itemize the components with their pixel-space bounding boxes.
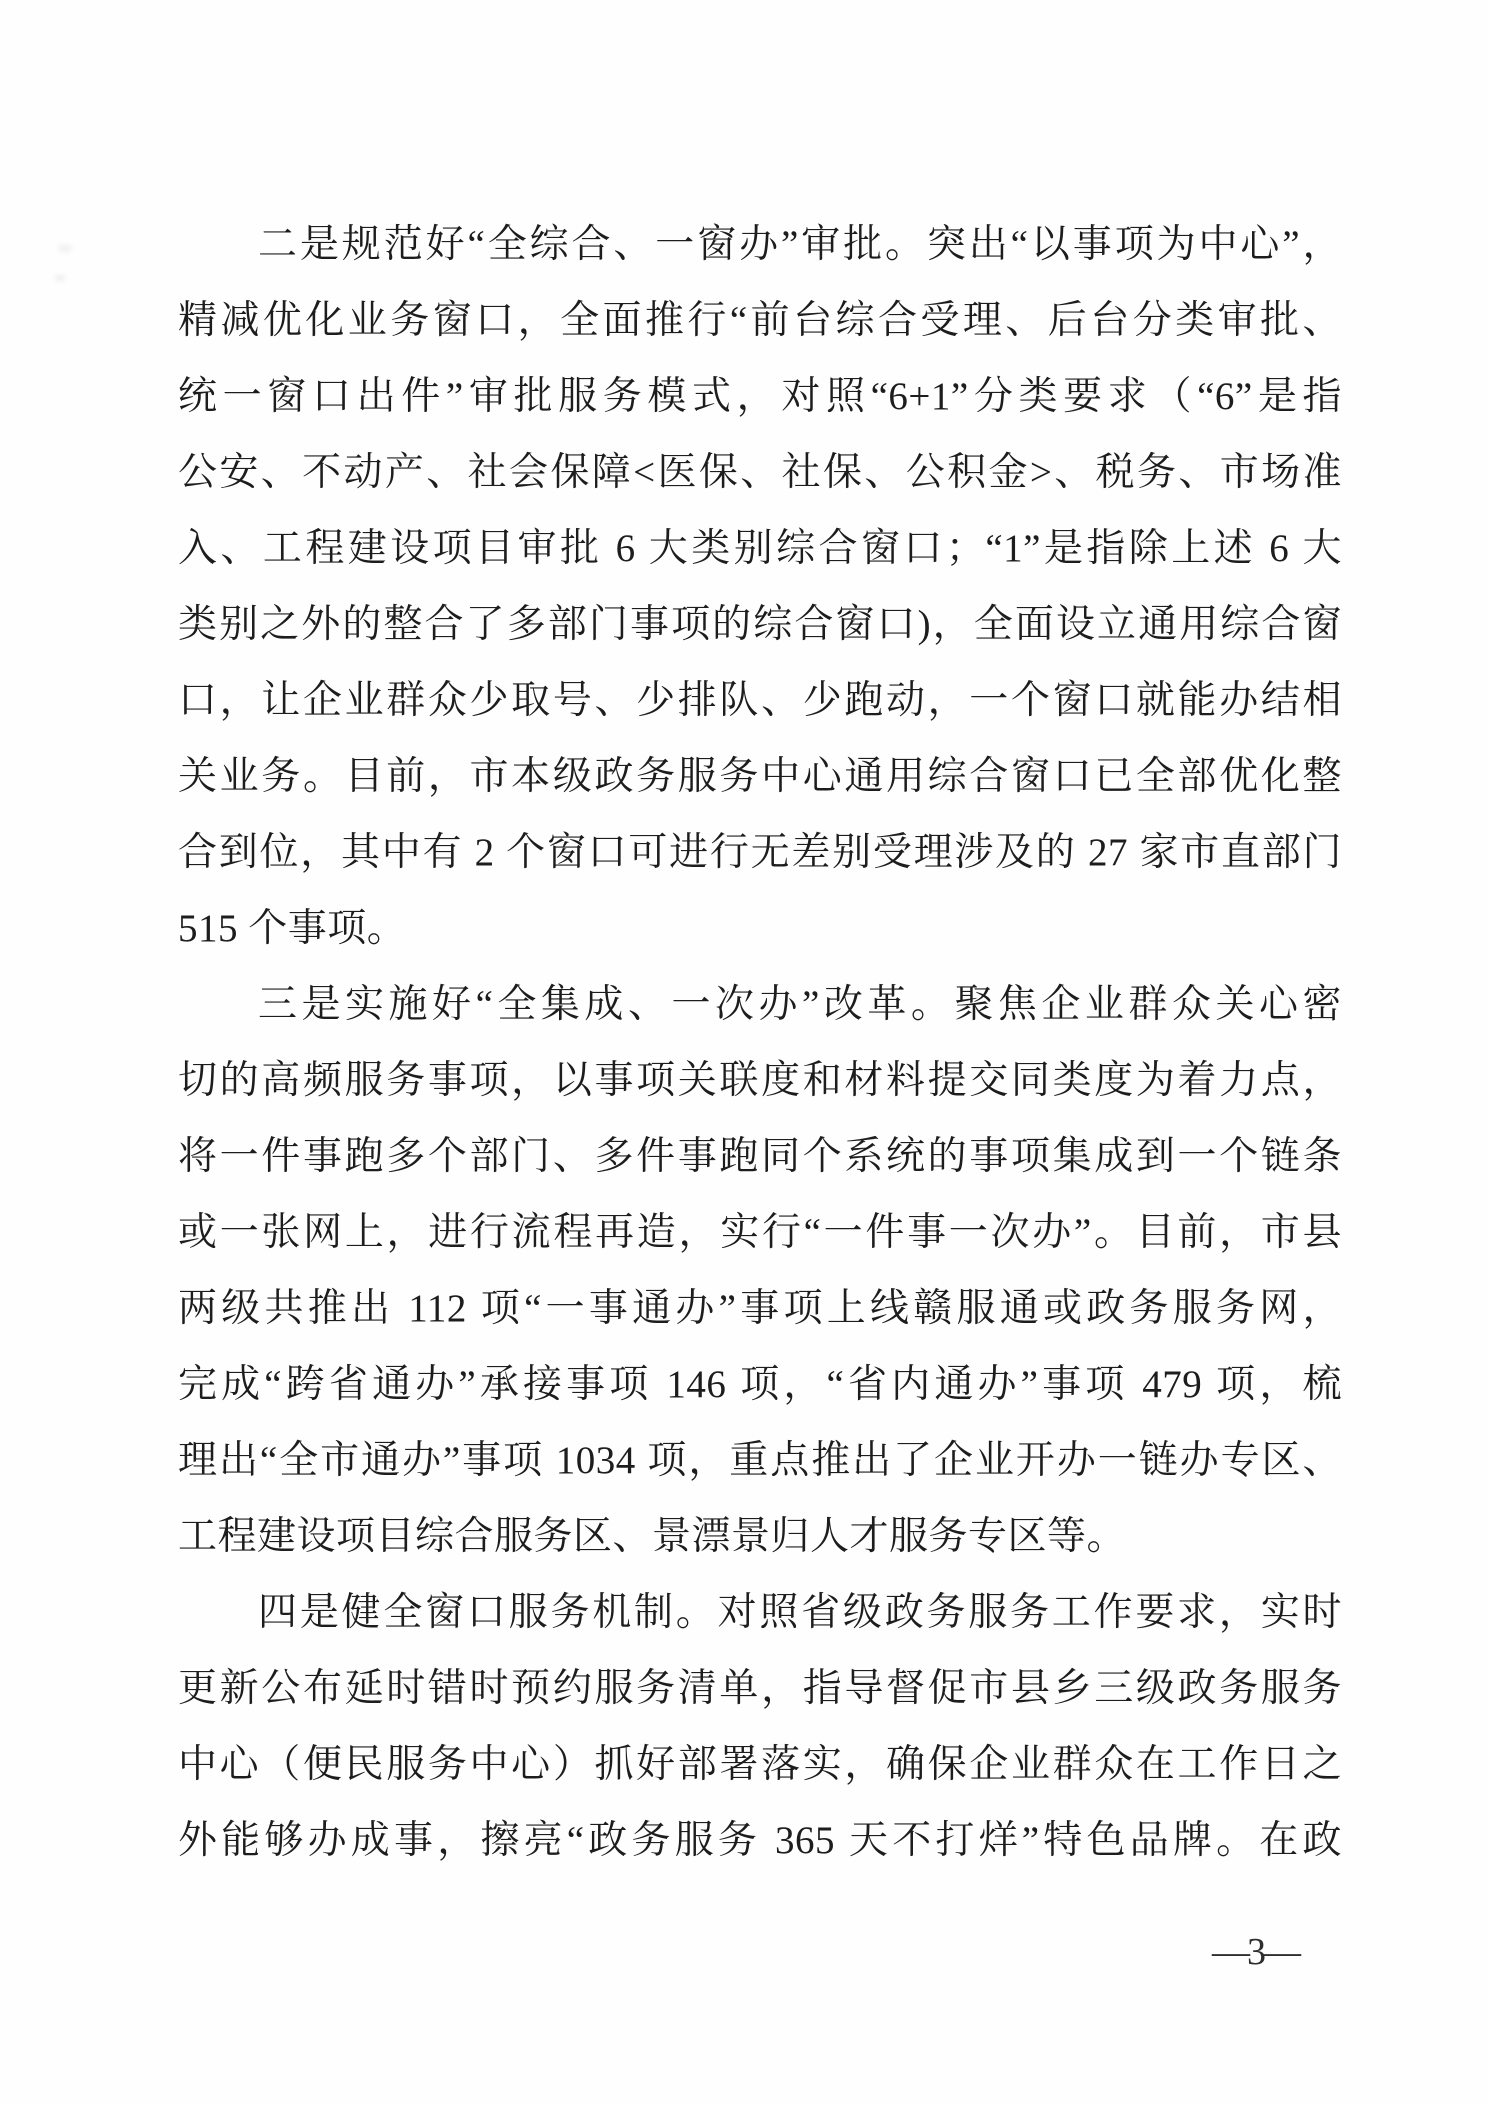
body-line: 公安、不动产、社会保障<医保、社保、公积金>、税务、市场准 — [178, 435, 1342, 511]
body-line: 三是实施好“全集成、一次办”改革。聚焦企业群众关心密 — [178, 967, 1342, 1043]
body-line: 理出“全市通办”事项 1034 项，重点推出了企业开办一链办专区、 — [178, 1423, 1342, 1499]
body-line: 精减优化业务窗口，全面推行“前台综合受理、后台分类审批、 — [178, 283, 1342, 359]
body-line: 类别之外的整合了多部门事项的综合窗口)，全面设立通用综合窗 — [178, 587, 1342, 663]
body-line: 切的高频服务事项，以事项关联度和材料提交同类度为着力点， — [178, 1043, 1342, 1119]
body-line: 或一张网上，进行流程再造，实行“一件事一次办”。目前，市县 — [178, 1195, 1342, 1271]
scan-smudge — [58, 244, 72, 253]
body-line: 工程建设项目综合服务区、景漂景归人才服务专区等。 — [178, 1499, 1342, 1575]
body-line: 中心（便民服务中心）抓好部署落实，确保企业群众在工作日之 — [178, 1727, 1342, 1803]
body-line: 两级共推出 112 项“一事通办”事项上线赣服通或政务服务网， — [178, 1271, 1342, 1347]
body-line: 完成“跨省通办”承接事项 146 项，“省内通办”事项 479 项，梳 — [178, 1347, 1342, 1423]
body-line: 合到位，其中有 2 个窗口可进行无差别受理涉及的 27 家市直部门 — [178, 815, 1342, 891]
body-line: 关业务。目前，市本级政务服务中心通用综合窗口已全部优化整 — [178, 739, 1342, 815]
body-line: 口，让企业群众少取号、少排队、少跑动，一个窗口就能办结相 — [178, 663, 1342, 739]
document-body: 二是规范好“全综合、一窗办”审批。突出“以事项为中心”， 精减优化业务窗口，全面… — [178, 207, 1342, 1879]
body-line: 将一件事跑多个部门、多件事跑同个系统的事项集成到一个链条 — [178, 1119, 1342, 1195]
body-line: 更新公布延时错时预约服务清单，指导督促市县乡三级政务服务 — [178, 1651, 1342, 1727]
body-line: 二是规范好“全综合、一窗办”审批。突出“以事项为中心”， — [178, 207, 1342, 283]
body-line: 四是健全窗口服务机制。对照省级政务服务工作要求，实时 — [178, 1575, 1342, 1651]
body-line: 外能够办成事，擦亮“政务服务 365 天不打烊”特色品牌。在政 — [178, 1803, 1342, 1879]
page-number: —3— — [1212, 1930, 1298, 1974]
body-line: 515 个事项。 — [178, 891, 1342, 967]
scan-smudge — [54, 274, 66, 282]
body-line: 统一窗口出件”审批服务模式，对照“6+1”分类要求（“6”是指 — [178, 359, 1342, 435]
scanned-document-page: 二是规范好“全综合、一窗办”审批。突出“以事项为中心”， 精减优化业务窗口，全面… — [0, 0, 1488, 2104]
body-line: 入、工程建设项目审批 6 大类别综合窗口；“1”是指除上述 6 大 — [178, 511, 1342, 587]
